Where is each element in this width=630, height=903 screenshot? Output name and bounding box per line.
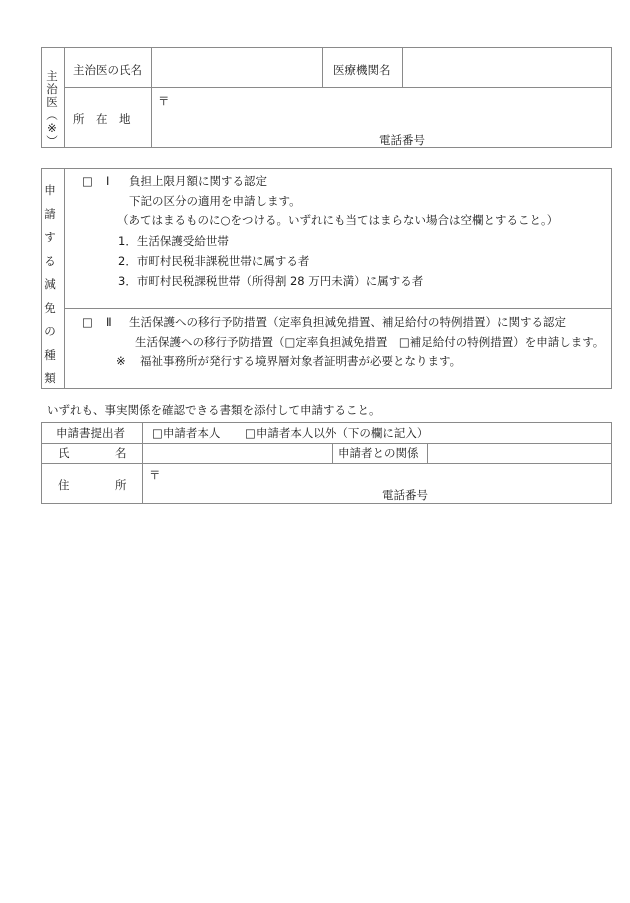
- divider: [322, 47, 323, 87]
- side-label-char: 申: [43, 179, 57, 203]
- option2-note: 福祉事務所が発行する境界層対象者証明書が必要となります。: [140, 354, 461, 368]
- postal-mark: 〒: [158, 94, 170, 108]
- phone-label: 電話番号: [379, 133, 425, 147]
- divider: [64, 47, 65, 148]
- divider: [64, 87, 612, 88]
- side-label-char: 請: [43, 203, 57, 227]
- institution-field[interactable]: [403, 48, 610, 86]
- option2-numeral: Ⅱ: [106, 315, 112, 329]
- side-label-char: 種: [43, 344, 57, 368]
- option1-line1: 下記の区分の適用を申請します。: [129, 194, 301, 208]
- side-label-char: 免: [43, 297, 57, 321]
- submitter-name-field[interactable]: [143, 444, 331, 462]
- submitter-label: 申請書提出者: [56, 426, 125, 440]
- side-label-char: の: [43, 320, 57, 344]
- address-label-first-char: 住: [58, 478, 70, 492]
- side-label-char: 減: [43, 273, 57, 297]
- instruction-text: いずれも、事実関係を確認できる書類を添付して申請すること。: [47, 403, 381, 417]
- physician-side-label: 主 治 医 ︵ ※ ︶: [45, 70, 59, 148]
- submitter-other-checkbox[interactable]: □申請者本人以外（下の欄に記入）: [245, 426, 428, 440]
- submitter-self-checkbox[interactable]: □申請者本人: [152, 426, 220, 440]
- option2-checkbox[interactable]: □: [82, 315, 93, 329]
- submitter-phone-field[interactable]: [432, 487, 602, 502]
- side-label-char: す: [43, 226, 57, 250]
- option2-title: 生活保護への移行予防措置（定率負担減免措置、補足給付の特例措置）に関する認定: [129, 315, 566, 329]
- physician-name-field[interactable]: [152, 48, 321, 86]
- divider: [332, 443, 333, 463]
- submitter-address-field[interactable]: [163, 468, 603, 486]
- name-label-first-char: 氏: [58, 446, 70, 460]
- submitter-phone-label: 電話番号: [382, 488, 428, 502]
- address-label-second-char: 所: [115, 478, 127, 492]
- relation-field[interactable]: [428, 444, 611, 462]
- side-label-char: ︶: [45, 135, 59, 148]
- side-label-char: る: [43, 250, 57, 274]
- divider: [64, 308, 612, 309]
- address-field[interactable]: [172, 94, 602, 124]
- relation-label: 申請者との関係: [338, 446, 419, 460]
- divider: [41, 463, 612, 464]
- option2-line1: 生活保護への移行予防措置（□定率負担減免措置 □補足給付の特例措置）を申請します…: [135, 335, 604, 349]
- option1-numeral: Ⅰ: [106, 174, 109, 188]
- address-label: 所 在 地: [73, 112, 131, 126]
- physician-name-label: 主治医の氏名: [73, 63, 142, 77]
- name-label-second-char: 名: [115, 446, 127, 460]
- option1-item-1[interactable]: 1．生活保護受給世帯: [118, 234, 229, 248]
- phone-field[interactable]: [430, 131, 600, 146]
- reduction-side-label: 申 請 す る 減 免 の 種 類: [43, 179, 57, 391]
- divider: [64, 168, 65, 389]
- institution-label: 医療機関名: [333, 63, 391, 77]
- side-label-char: 類: [43, 367, 57, 391]
- option1-item-3[interactable]: 3．市町村民税課税世帯（所得割 28 万円未満）に属する者: [118, 274, 423, 288]
- option1-item-2[interactable]: 2．市町村民税非課税世帯に属する者: [118, 254, 309, 268]
- submitter-postal-mark: 〒: [149, 468, 161, 482]
- option1-line2: （あてはまるものに○をつける。いずれにも当てはまらない場合は空欄とすること。）: [117, 213, 558, 227]
- option1-checkbox[interactable]: □: [82, 174, 93, 188]
- option1-title: 負担上限月額に関する認定: [129, 174, 267, 188]
- option2-note-mark: ※: [116, 354, 126, 368]
